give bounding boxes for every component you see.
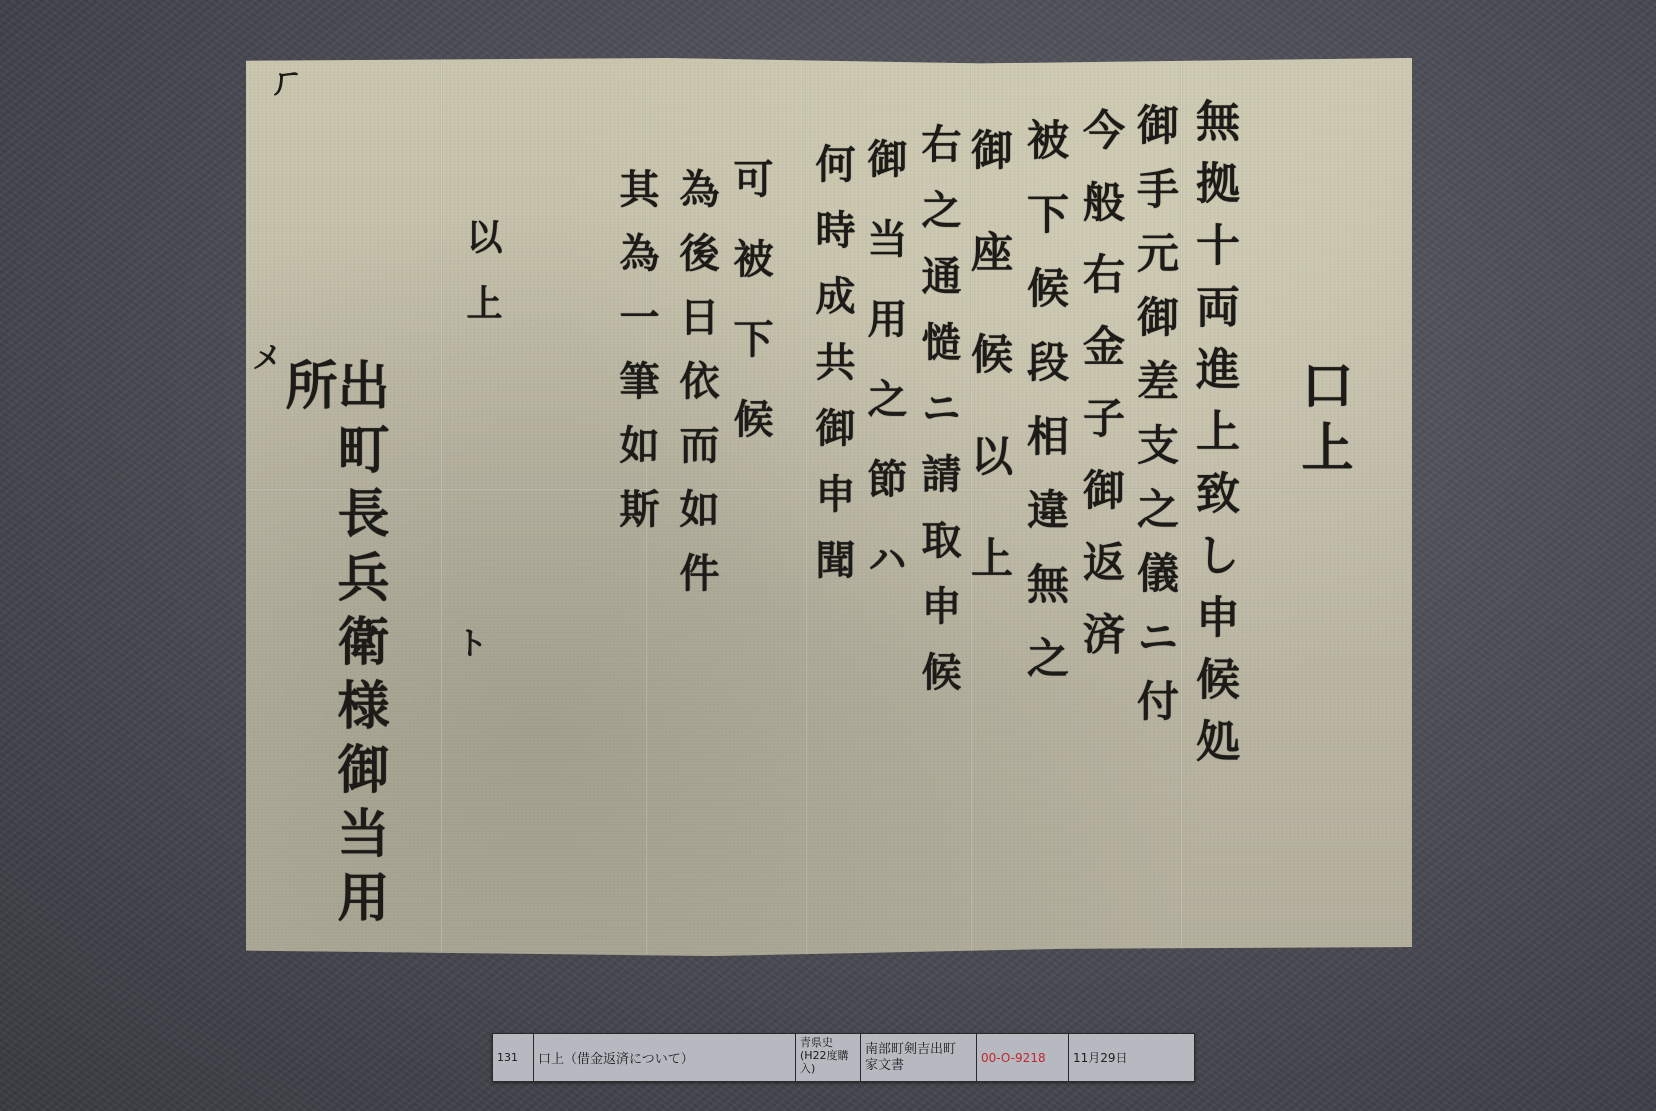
addressee-signature: 出町長兵衛様御当用所 <box>280 358 384 956</box>
text-column: 右之通慥ニ請取申候 <box>918 123 958 717</box>
fold-line <box>1180 58 1183 956</box>
text-column: 御座候以上 <box>968 128 1010 638</box>
label-code: 00-O-9218 <box>977 1034 1069 1081</box>
archival-document: ㄏ メ 口上 無拠十両進上致し申候処 御手元御差支之儀ニ付 今般右金子御返済 被… <box>246 58 1412 956</box>
text-column: 被下候段相違無之 <box>1024 118 1066 710</box>
text-column: 為後日依而如件 <box>676 168 716 616</box>
label-number: 131 <box>493 1034 534 1081</box>
catalog-label: 131 口上（借金返済について） 青県史 (H22度購 入) 南部町剣吉出町 家… <box>492 1033 1195 1082</box>
text-column: 其為一筆如斯 <box>616 168 656 552</box>
label-title: 口上（借金返済について） <box>534 1034 796 1081</box>
text-column: 何時成共御申聞 <box>812 143 852 605</box>
text-column: 御当用之節ハ <box>864 138 904 618</box>
fold-line <box>440 58 443 956</box>
text-column: 今般右金子御返済 <box>1080 108 1122 684</box>
corner-mark: ㄏ <box>270 54 304 103</box>
text-column: 可被下候 <box>730 158 770 478</box>
label-source: 青県史 (H22度購 入) <box>796 1034 861 1081</box>
text-column: 無拠十両進上致し申候処 <box>1191 98 1235 780</box>
text-column: 以上 <box>464 218 500 350</box>
text-column: 御手元御差支之儀ニ付 <box>1134 103 1176 743</box>
label-collection: 南部町剣吉出町 家文書 <box>861 1034 977 1081</box>
closing-mark: ト <box>456 618 488 664</box>
document-heading: 口上 <box>1296 358 1348 482</box>
label-date: 11月29日 <box>1069 1034 1194 1081</box>
fold-line <box>805 58 808 956</box>
